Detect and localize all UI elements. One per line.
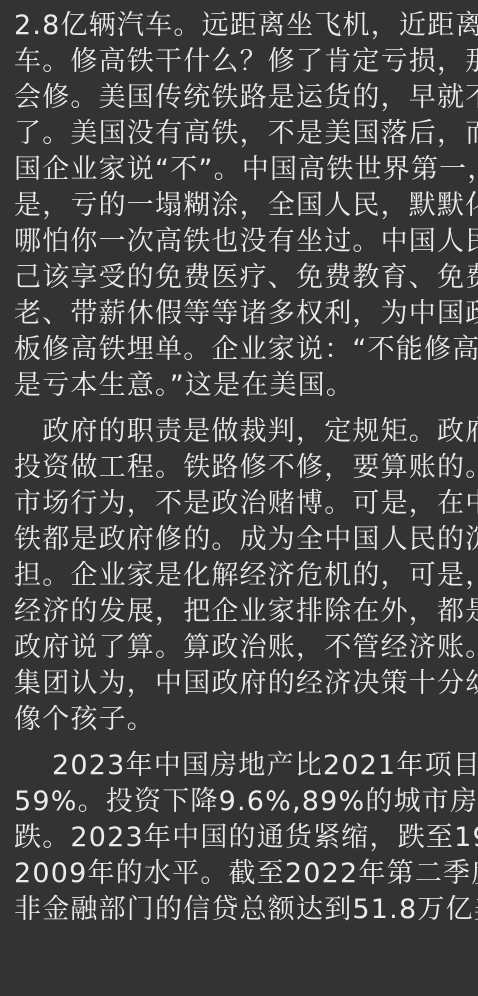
text-line: 己该享受的免费医疗、免费教育、免费养: [14, 260, 478, 296]
article-page: 2.8亿辆汽车。远距离坐飞机，近距离开汽 车。修高铁干什么？修了肯定亏损，那就不…: [0, 0, 478, 996]
text-line: 投资做工程。铁路修不修，要算账的。这是: [14, 450, 478, 486]
paragraph-start-line: 政府的职责是做裁判，定规矩。政府不能: [14, 414, 478, 450]
text-line: 跌。2023年中国的通货紧缩，跌至1999年和: [14, 820, 478, 856]
text-line: 2.8亿辆汽车。远距离坐飞机，近距离开汽: [14, 8, 478, 44]
text-line: 像个孩子。: [14, 702, 155, 738]
text-line: 了。美国没有高铁，不是美国落后，而是美: [14, 116, 478, 152]
text-line: 铁都是政府修的。成为全中国人民的沉重负: [14, 522, 478, 558]
text-line: 哪怕你一次高铁也没有坐过。中国人民用自: [14, 224, 478, 260]
text-line: 集团认为，中国政府的经济决策十分幼稚，: [14, 666, 478, 702]
text-line: 车。修高铁干什么？修了肯定亏损，那就不: [14, 44, 478, 80]
text-line: 市场行为，不是政治赌博。可是，在中国高: [14, 486, 478, 522]
text-line: 2009年的水平。截至2022年第二季度,中国: [14, 856, 478, 892]
text-line: 板修高铁埋单。企业家说：“不能修高铁，那: [14, 332, 478, 368]
text-line: 59%。投资下降9.6%,89%的城市房价下: [14, 784, 478, 820]
text-line: 国企业家说“不”。中国高铁世界第一，可: [14, 152, 478, 188]
text-line: 是，亏的一塌糊涂，全国人民，默默化解。: [14, 188, 478, 224]
text-line: 会修。美国传统铁路是运货的，早就不运人: [14, 80, 478, 116]
text-line: 政府说了算。算政治账，不管经济账。高盛: [14, 630, 478, 666]
text-line: 非金融部门的信贷总额达到51.8万亿美元,中: [14, 892, 478, 928]
text-line: 老、带薪休假等等诸多权利，为中国政府拍: [14, 296, 478, 332]
paragraph-start-line: 2023年中国房地产比2021年项目下降: [14, 748, 478, 784]
text-line: 经济的发展，把企业家排除在外，都是中国: [14, 594, 478, 630]
text-line: 担。企业家是化解经济危机的，可是，中国: [14, 558, 478, 594]
text-line: 是亏本生意。”这是在美国。: [14, 368, 354, 404]
